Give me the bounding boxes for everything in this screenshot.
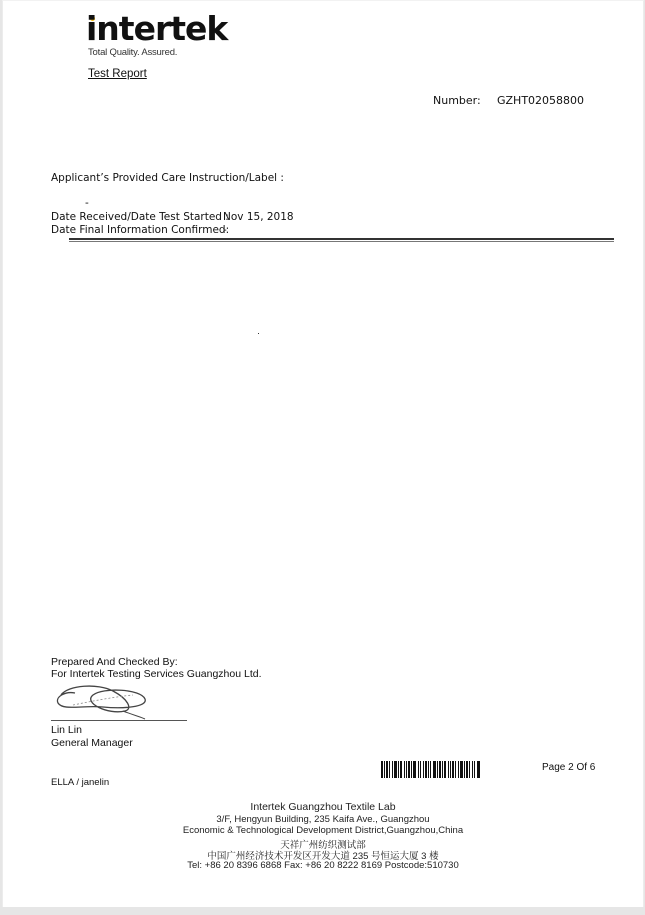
signature-line: [51, 720, 187, 721]
date-final-label: Date Final Information Confirmed:: [51, 224, 229, 236]
preparer-initials: ELLA / janelin: [51, 777, 109, 788]
date-final-value: -: [223, 224, 227, 236]
logo-tagline: Total Quality. Assured.: [88, 47, 177, 58]
footer-lab-name: Intertek Guangzhou Textile Lab: [3, 801, 643, 813]
date-received-value: Nov 15, 2018: [223, 211, 294, 223]
company-name: For Intertek Testing Services Guangzhou …: [51, 668, 262, 680]
report-number-value: GZHT02058800: [497, 94, 584, 107]
intertek-logo: intertek: [86, 12, 227, 45]
logo-wordmark: intertek: [86, 9, 227, 48]
section-divider: [69, 238, 614, 240]
signer-title: General Manager: [51, 737, 133, 749]
care-instruction-label: Applicant’s Provided Care Instruction/La…: [51, 172, 284, 184]
care-instruction-value: -: [85, 197, 89, 209]
prepared-by-label: Prepared And Checked By:: [51, 656, 178, 668]
page-indicator: Page 2 Of 6: [542, 762, 595, 773]
report-title: Test Report: [88, 68, 147, 80]
footer-address-line2: Economic & Technological Development Dis…: [3, 825, 643, 836]
footer-address-line1: 3/F, Hengyun Building, 235 Kaifa Ave., G…: [3, 814, 643, 825]
signer-name: Lin Lin: [51, 724, 82, 736]
barcode-bar: [480, 761, 481, 778]
report-number-label: Number:: [433, 94, 481, 107]
signature-image: [53, 681, 163, 721]
scan-speck: [258, 333, 259, 334]
barcode: [381, 761, 481, 778]
report-page: intertek Total Quality. Assured. Test Re…: [2, 0, 644, 907]
date-received-label: Date Received/Date Test Started :: [51, 211, 229, 223]
footer-contact: Tel: +86 20 8396 6868 Fax: +86 20 8222 8…: [3, 860, 643, 871]
section-divider-secondary: [69, 241, 614, 242]
